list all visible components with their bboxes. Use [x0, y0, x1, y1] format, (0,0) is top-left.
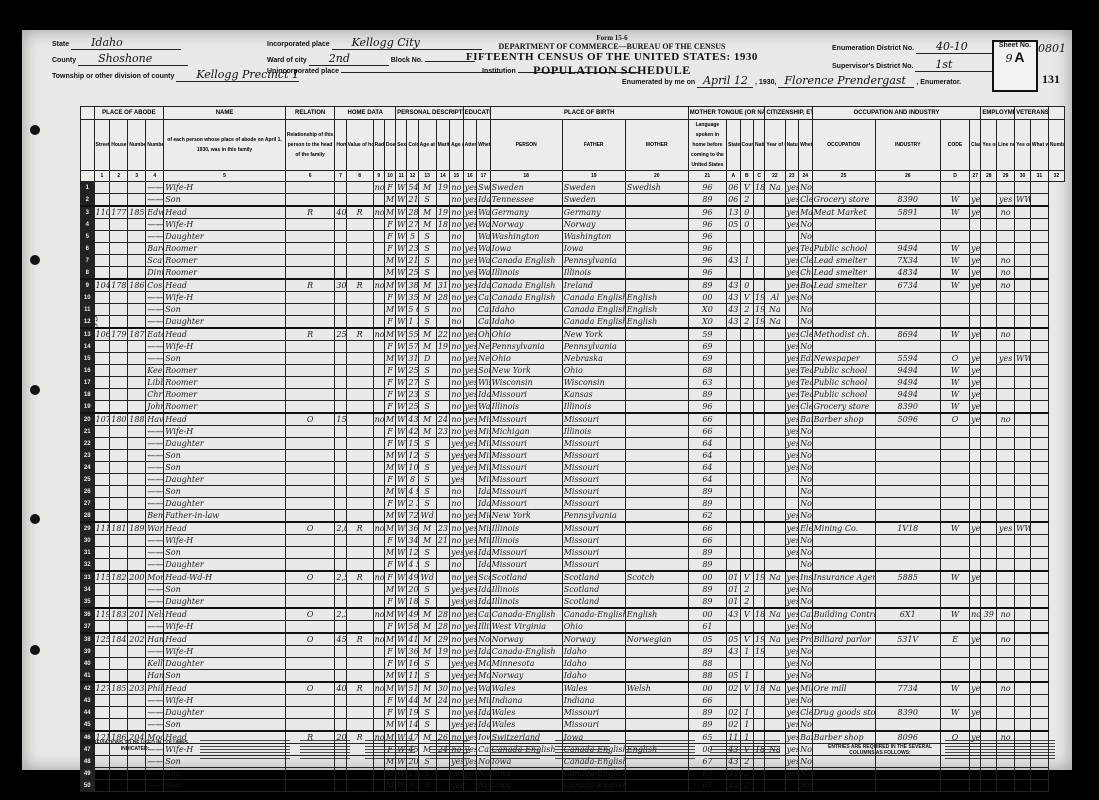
- cell-radio: R: [346, 522, 373, 535]
- cell-vet: [997, 646, 1015, 658]
- cell-dw: [94, 316, 110, 329]
- cell-code: [875, 498, 940, 510]
- table-row: 38125184202Hammer, Dunder E.HeadO4500Rno…: [81, 633, 1065, 646]
- cell-sex: F: [384, 571, 395, 584]
- cell-ca: 89: [688, 498, 726, 510]
- cell-imm: [754, 255, 765, 267]
- cell-lang: [625, 426, 688, 438]
- cell-am: [436, 559, 450, 572]
- cell-race: W: [396, 255, 407, 267]
- cell-war: [1015, 535, 1031, 547]
- cell-fam: [110, 535, 128, 547]
- cell-am: [436, 255, 450, 267]
- cell-occ: Carpenter: [799, 608, 813, 621]
- cell-am: [436, 377, 450, 389]
- cell-lang: [625, 438, 688, 450]
- cell-am: 18: [436, 219, 450, 231]
- cell-name: ——, Jerome D.: [146, 304, 164, 316]
- cell-sex: M: [384, 780, 395, 792]
- cell-own: [285, 719, 335, 732]
- cell-occ: None: [799, 559, 813, 572]
- cell-imm: [754, 206, 765, 219]
- cell-am: [436, 450, 450, 462]
- column-number-row: 123456789101112131415161718192021ABC2223…: [81, 171, 1065, 182]
- cell-unemp: [981, 292, 997, 304]
- line-number: 20: [81, 413, 95, 426]
- cell-rw: yes: [463, 219, 477, 231]
- cell-cls: W: [940, 243, 969, 255]
- cell-emp: [970, 719, 981, 732]
- cell-bf: Missouri: [490, 450, 562, 462]
- cell-code: [875, 231, 940, 243]
- cell-age: 43: [407, 413, 418, 426]
- cell-unemp: [981, 438, 997, 450]
- column-number: A: [727, 171, 741, 182]
- cell-bf: Scotland: [490, 571, 562, 584]
- cell-own: [285, 438, 335, 450]
- cell-sch: yes: [450, 596, 464, 609]
- cell-blank: [1030, 341, 1048, 353]
- cell-vet: [997, 304, 1015, 316]
- cell-occ: Clerk: [799, 401, 813, 414]
- cell-ca: 69: [688, 341, 726, 353]
- cell-val: [335, 304, 346, 316]
- cell-ind: Billiard parlor: [812, 633, 875, 646]
- cell-sch: yes: [450, 450, 464, 462]
- cell-unemp: [981, 450, 997, 462]
- cell-rel: Wife-H: [164, 535, 286, 547]
- cell-blank: [1030, 267, 1048, 280]
- cell-code: 6X1: [875, 608, 940, 621]
- cell-age: 28: [407, 206, 418, 219]
- cell-ind: [812, 584, 875, 596]
- cell-sch: no: [450, 535, 464, 547]
- cell-farm: [373, 353, 384, 365]
- cell-nat: [765, 547, 785, 559]
- cell-lang: [625, 401, 688, 414]
- cell-eng: [785, 559, 799, 572]
- column-number: 22: [765, 171, 785, 182]
- cell-eng: yes: [785, 510, 799, 523]
- cell-cc: [740, 231, 754, 243]
- table-row: 19Johnson, EvelynRoomerFW25SnoyesWashing…: [81, 401, 1065, 414]
- cell-unemp: [981, 682, 997, 695]
- cell-lang: Welsh: [625, 682, 688, 695]
- cell-radio: [346, 401, 373, 414]
- cell-imm: [754, 243, 765, 255]
- cell-farm: [373, 365, 384, 377]
- cell-lang: [625, 377, 688, 389]
- cell-unemp: [981, 646, 997, 658]
- cell-unemp: [981, 206, 997, 219]
- cell-lang: [625, 462, 688, 474]
- cell-occ: None: [799, 304, 813, 316]
- cell-val: [335, 498, 346, 510]
- cell-bm: Ohio: [562, 365, 625, 377]
- cell-dw: [94, 498, 110, 510]
- cell-sch: no: [450, 426, 464, 438]
- cell-fam: [110, 486, 128, 498]
- table-row: 28Bement, George J.Father-in-lawMW72Wdno…: [81, 510, 1065, 523]
- cell-nat: [765, 377, 785, 389]
- cell-cc: V: [740, 682, 754, 695]
- cell-vis: [128, 498, 146, 510]
- cell-vet: [997, 719, 1015, 732]
- cell-unemp: [981, 231, 997, 243]
- cell-farm: [373, 486, 384, 498]
- cell-fam: 182: [110, 571, 128, 584]
- cell-own: [285, 584, 335, 596]
- cell-occ: None: [799, 462, 813, 474]
- cell-radio: [346, 768, 373, 780]
- cell-code: 6734: [875, 279, 940, 292]
- cell-dw: 110: [94, 206, 110, 219]
- cell-own: [285, 389, 335, 401]
- cell-nat: [765, 219, 785, 231]
- cell-lang: [625, 474, 688, 486]
- cell-imm: 1907: [754, 633, 765, 646]
- cell-bm: Wales: [562, 682, 625, 695]
- cell-nat: [765, 498, 785, 510]
- line-number: 37: [81, 621, 95, 634]
- cell-rw: [463, 474, 477, 486]
- cell-own: R: [285, 279, 335, 292]
- cell-emp: [970, 780, 981, 792]
- cell-val: [335, 780, 346, 792]
- enumerated-date: April 12: [697, 74, 753, 88]
- cell-cc: 2: [740, 596, 754, 609]
- cell-fam: [110, 255, 128, 267]
- line-number: 1: [81, 182, 95, 194]
- cell-eng: yes: [785, 450, 799, 462]
- cell-war: [1015, 450, 1031, 462]
- cell-race: W: [396, 243, 407, 255]
- cell-cc: 2: [740, 780, 754, 792]
- cell-ca: 89: [688, 547, 726, 559]
- cell-fam: [110, 768, 128, 780]
- cell-val: [335, 182, 346, 194]
- cell-vet: [997, 341, 1015, 353]
- cell-nat: [765, 719, 785, 732]
- cell-cc: 1: [740, 670, 754, 683]
- cell-cb: 01: [727, 596, 741, 609]
- cell-race: W: [396, 498, 407, 510]
- cell-emp: [970, 646, 981, 658]
- cell-am: [436, 267, 450, 280]
- cell-ind: Building Contract: [812, 608, 875, 621]
- cell-val: [335, 621, 346, 634]
- cell-cls: [940, 219, 969, 231]
- cell-code: [875, 547, 940, 559]
- cell-nat: [765, 401, 785, 414]
- cell-cb: 05: [727, 219, 741, 231]
- cell-ca: 96: [688, 206, 726, 219]
- cell-ind: [812, 304, 875, 316]
- cell-occ: Clergyman: [799, 328, 813, 341]
- line-number: 31: [81, 547, 95, 559]
- line-number: 11: [81, 304, 95, 316]
- cell-emp: yes: [970, 243, 981, 255]
- cell-val: [335, 510, 346, 523]
- cell-race: W: [396, 522, 407, 535]
- cell-dw: [94, 559, 110, 572]
- cell-own: [285, 670, 335, 683]
- cell-occ: None: [799, 182, 813, 194]
- cell-name: ——, Janet E.: [146, 596, 164, 609]
- cell-own: [285, 547, 335, 559]
- cell-rel: Roomer: [164, 365, 286, 377]
- cell-cc: [740, 695, 754, 707]
- cell-ca: 00: [688, 608, 726, 621]
- cell-race: W: [396, 682, 407, 695]
- cell-lang: [625, 243, 688, 255]
- cell-war: [1015, 498, 1031, 510]
- cell-emp: [970, 316, 981, 329]
- cell-ca: 68: [688, 365, 726, 377]
- incorporated-value: Kellogg City: [332, 36, 482, 50]
- cell-cc: 0: [740, 206, 754, 219]
- cell-dw: [94, 695, 110, 707]
- cell-radio: [346, 535, 373, 547]
- cell-bp: Montana: [477, 658, 491, 670]
- cell-name: Dinning, John F.: [146, 267, 164, 280]
- cell-fam: [110, 559, 128, 572]
- cell-am: [436, 584, 450, 596]
- cell-vis: [128, 438, 146, 450]
- cell-ca: 62: [688, 510, 726, 523]
- census-rows: 1——, Manda C.Wife-HnoFW54M19noyesSwedenS…: [81, 182, 1065, 792]
- cell-sch: no: [450, 316, 464, 329]
- cell-bf: Missouri: [490, 438, 562, 450]
- cell-vet: [997, 486, 1015, 498]
- cell-rw: yes: [463, 401, 477, 414]
- cell-war: [1015, 633, 1031, 646]
- cell-code: [875, 559, 940, 572]
- cell-bf: Idaho: [490, 304, 562, 316]
- cell-war: [1015, 279, 1031, 292]
- cell-ind: [812, 292, 875, 304]
- cell-sch: no: [450, 365, 464, 377]
- cell-cb: [727, 365, 741, 377]
- cell-race: W: [396, 646, 407, 658]
- cell-bm: Missouri: [562, 498, 625, 510]
- cell-ca: 64: [688, 450, 726, 462]
- cell-emp: [970, 450, 981, 462]
- cell-cb: 43: [727, 316, 741, 329]
- cell-imm: [754, 377, 765, 389]
- cell-emp: [970, 219, 981, 231]
- cell-cls: O: [940, 353, 969, 365]
- cell-name: ——, Ella: [146, 341, 164, 353]
- column-number: 32: [1048, 171, 1064, 182]
- cell-mar: S: [418, 780, 436, 792]
- cell-age: 36: [407, 522, 418, 535]
- cell-eng: yes: [785, 292, 799, 304]
- column-number: 21: [688, 171, 726, 182]
- enumerated-field: Enumerated by me on April 12 , 1930, Flo…: [622, 74, 961, 88]
- cell-ca: 96: [688, 182, 726, 194]
- cell-race: W: [396, 353, 407, 365]
- cell-ca: X0: [688, 316, 726, 329]
- cell-ind: Public school: [812, 243, 875, 255]
- cell-bf: Norway: [490, 670, 562, 683]
- cell-imm: [754, 450, 765, 462]
- cell-am: 23: [436, 426, 450, 438]
- cell-bp: Wales: [477, 682, 491, 695]
- cell-lang: Scotch: [625, 571, 688, 584]
- cell-vet: no: [997, 267, 1015, 280]
- cell-am: 19: [436, 182, 450, 194]
- cell-emp: yes: [970, 707, 981, 719]
- cell-ca: 89: [688, 719, 726, 732]
- cell-unemp: [981, 353, 997, 365]
- cell-imm: [754, 670, 765, 683]
- cell-sex: M: [384, 462, 395, 474]
- cell-blank: [1030, 255, 1048, 267]
- cell-ca: 66: [688, 522, 726, 535]
- cell-imm: [754, 267, 765, 280]
- cell-mar: M: [418, 219, 436, 231]
- cell-bf: Tennessee: [490, 194, 562, 207]
- cell-rw: yes: [463, 462, 477, 474]
- cell-bp: Missouri: [477, 413, 491, 426]
- cell-bm: Missouri: [562, 535, 625, 547]
- cell-eng: [785, 304, 799, 316]
- cell-nat: Na: [765, 633, 785, 646]
- table-row: 22——, June C.DaughterFW15SyesyesMinnesot…: [81, 438, 1065, 450]
- cell-war: [1015, 182, 1031, 194]
- cell-occ: None: [799, 292, 813, 304]
- cell-own: [285, 182, 335, 194]
- group-relation: RELATION: [285, 107, 335, 120]
- cell-sch: yes: [450, 462, 464, 474]
- cell-blank: [1030, 304, 1048, 316]
- cell-cc: V: [740, 292, 754, 304]
- cell-sch: no: [450, 341, 464, 353]
- cell-val: [335, 646, 346, 658]
- cell-blank: [1030, 547, 1048, 559]
- cell-radio: [346, 608, 373, 621]
- cell-farm: no: [373, 328, 384, 341]
- table-row: 8Dinning, John F.RoomerMW25SnoyesWashing…: [81, 267, 1065, 280]
- cell-war: [1015, 559, 1031, 572]
- cell-sex: M: [384, 633, 395, 646]
- cell-fam: 184: [110, 633, 128, 646]
- cell-dw: [94, 304, 110, 316]
- cell-age: 54: [407, 182, 418, 194]
- cell-bm: Illinois: [562, 401, 625, 414]
- cell-fam: [110, 584, 128, 596]
- cell-ca: 66: [688, 695, 726, 707]
- cell-unemp: [981, 522, 997, 535]
- cell-farm: [373, 389, 384, 401]
- cell-race: W: [396, 365, 407, 377]
- cell-name: Eaton, Marshal M.: [146, 328, 164, 341]
- cell-am: 19: [436, 341, 450, 353]
- cell-race: W: [396, 450, 407, 462]
- cell-val: 2,500: [335, 571, 346, 584]
- cell-cb: [727, 413, 741, 426]
- cell-eng: yes: [785, 328, 799, 341]
- cell-imm: [754, 584, 765, 596]
- cell-occ: None: [799, 780, 813, 792]
- cell-emp: yes: [970, 571, 981, 584]
- cell-code: [875, 341, 940, 353]
- cell-eng: yes: [785, 621, 799, 634]
- cell-cb: 01: [727, 584, 741, 596]
- cell-emp: yes: [970, 633, 981, 646]
- cell-age: 9 2/12: [407, 780, 418, 792]
- cell-cb: 13: [727, 206, 741, 219]
- cell-occ: Clerk: [799, 194, 813, 207]
- cell-bp: Canada English: [477, 292, 491, 304]
- cell-ind: Lead smelter: [812, 279, 875, 292]
- cell-cls: W: [940, 401, 969, 414]
- sheet-header: State Idaho County Shoshone Township or …: [22, 30, 1072, 105]
- cell-dw: [94, 596, 110, 609]
- cell-ind: [812, 695, 875, 707]
- cell-bf: Canada-English: [490, 608, 562, 621]
- cell-mar: M: [418, 341, 436, 353]
- cell-sch: yes: [450, 768, 464, 780]
- cell-cb: 43: [727, 780, 741, 792]
- cell-ind: Barber shop: [812, 413, 875, 426]
- cell-cls: [940, 438, 969, 450]
- cell-radio: [346, 438, 373, 450]
- cell-own: [285, 316, 335, 329]
- cell-ca: 63: [688, 377, 726, 389]
- cell-am: 28: [436, 292, 450, 304]
- cell-own: [285, 426, 335, 438]
- cell-sex: F: [384, 559, 395, 572]
- cell-mar: S: [418, 670, 436, 683]
- cell-fam: [110, 596, 128, 609]
- cell-mar: S: [418, 486, 436, 498]
- cell-ind: [812, 474, 875, 486]
- cell-emp: [970, 584, 981, 596]
- cell-age: 42: [407, 426, 418, 438]
- cell-nat: Al: [765, 292, 785, 304]
- cell-farm: [373, 695, 384, 707]
- cell-mar: S: [418, 194, 436, 207]
- cell-bm: Norway: [562, 633, 625, 646]
- cell-radio: [346, 462, 373, 474]
- cell-bp: Missouri: [477, 695, 491, 707]
- cell-dw: [94, 707, 110, 719]
- cell-dw: [94, 547, 110, 559]
- cell-vet: [997, 389, 1015, 401]
- cell-vet: no: [997, 633, 1015, 646]
- cell-imm: 1890: [754, 182, 765, 194]
- cell-code: [875, 621, 940, 634]
- cell-race: W: [396, 510, 407, 523]
- cell-vet: [997, 658, 1015, 670]
- cell-race: W: [396, 438, 407, 450]
- cell-code: 9494: [875, 377, 940, 389]
- cell-farm: [373, 584, 384, 596]
- cell-imm: [754, 219, 765, 231]
- cell-code: 9494: [875, 243, 940, 255]
- cell-war: [1015, 231, 1031, 243]
- cell-rw: yes: [463, 255, 477, 267]
- cell-sex: F: [384, 535, 395, 547]
- cell-imm: 1907: [754, 646, 765, 658]
- cell-bm: Missouri: [562, 707, 625, 719]
- cell-farm: [373, 596, 384, 609]
- cell-emp: yes: [970, 353, 981, 365]
- cell-vis: [128, 670, 146, 683]
- cell-rel: Son: [164, 353, 286, 365]
